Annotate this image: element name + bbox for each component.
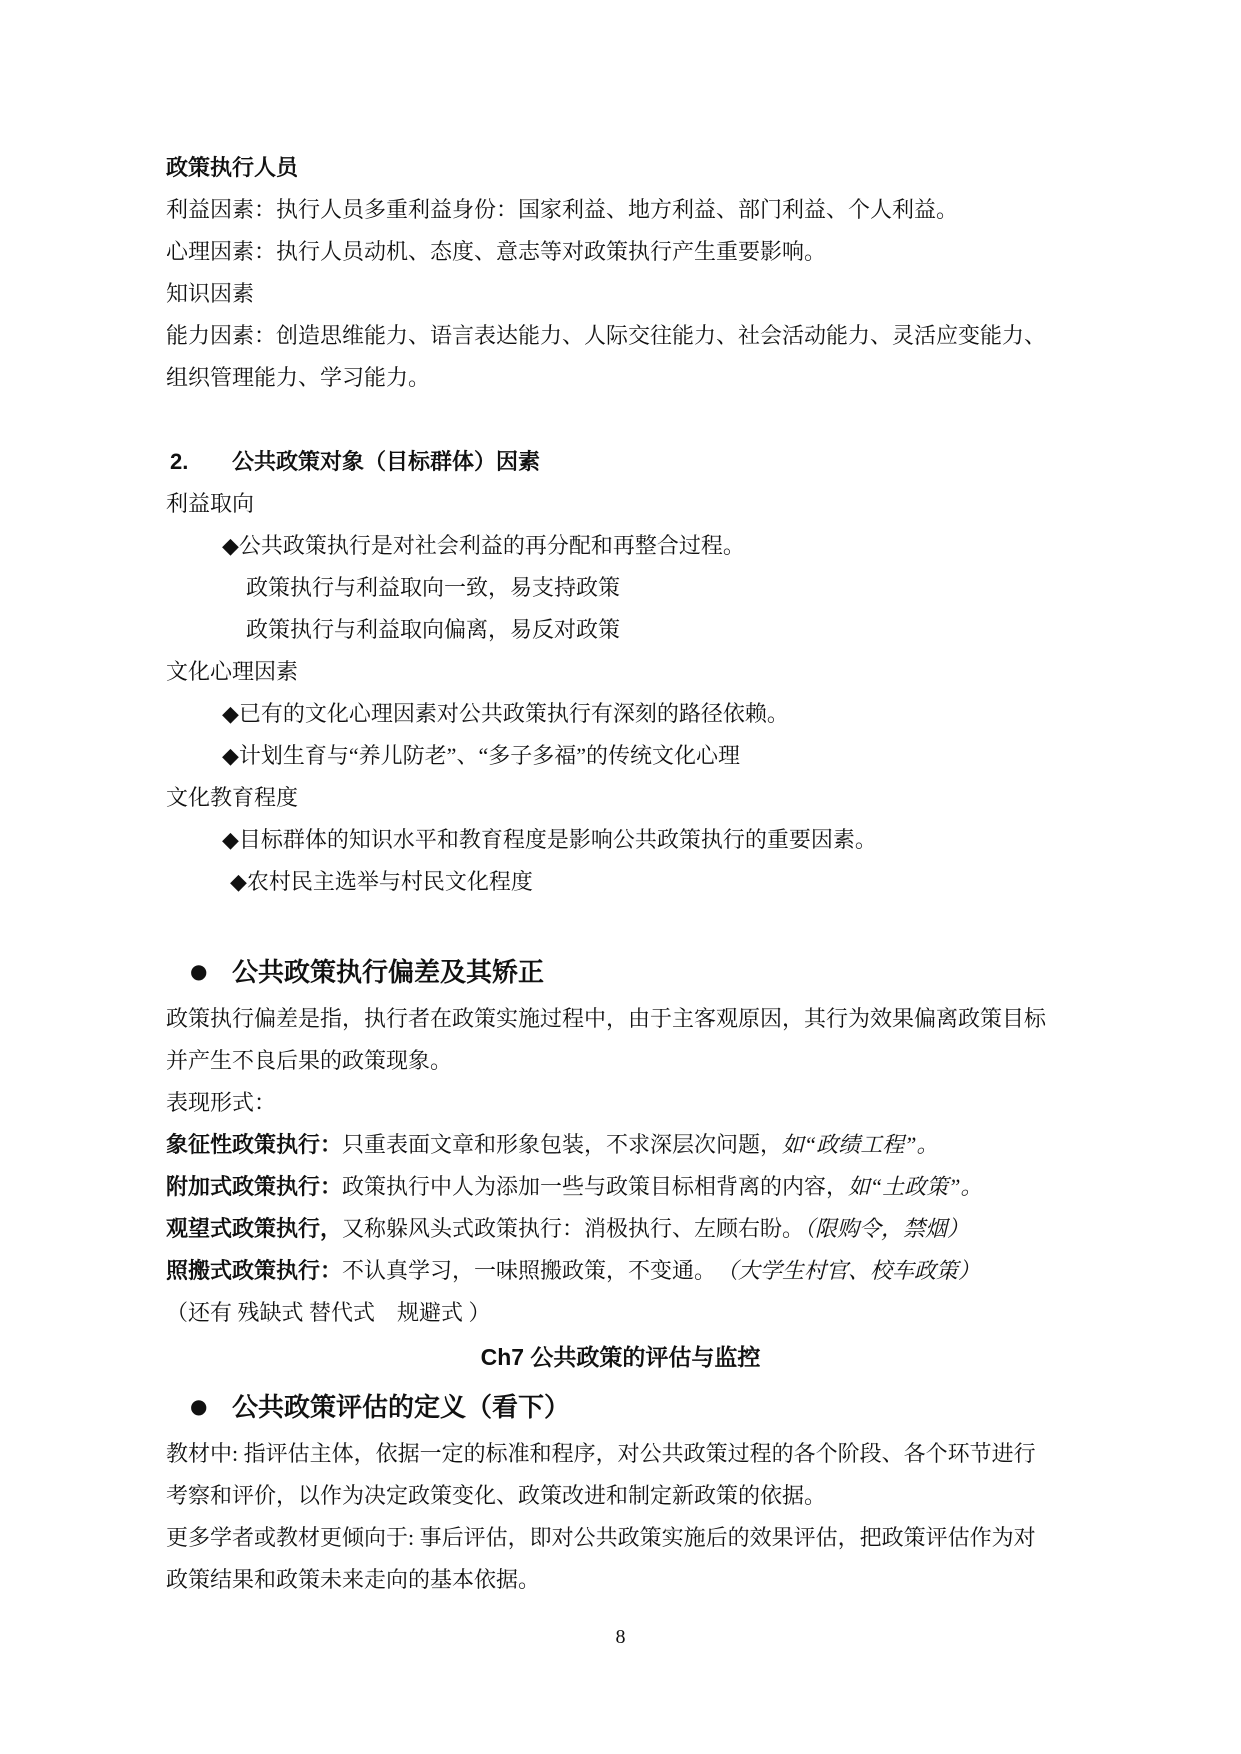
text-run: 公共政策执行偏差及其矫正 [232, 957, 544, 987]
chapter-heading-ch7: Ch7 公共政策的评估与监控 [166, 1334, 1075, 1380]
paragraph-line: 文化心理因素 [166, 651, 1075, 693]
section-heading-evaluation-definition: ●公共政策评估的定义（看下） [166, 1380, 1075, 1433]
paragraph-line: 知识因素 [166, 273, 1075, 315]
text-run: 知识因素 [166, 281, 254, 306]
text-run: ◆目标群体的知识水平和教育程度是影响公共政策执行的重要因素。 [222, 827, 877, 852]
text-run: 教材中: 指评估主体，依据一定的标准和程序，对公共政策过程的各个阶段、各个环节进… [166, 1441, 1036, 1466]
text-run: 文化心理因素 [166, 659, 298, 684]
paragraph-line: ◆农村民主选举与村民文化程度 [166, 861, 1075, 903]
text-run: 又称躲风头式政策执行：消极执行、左顾右盼。 [342, 1216, 804, 1241]
paragraph-line: 政策执行与利益取向偏离，易反对政策 [166, 609, 1075, 651]
text-run: 政策执行偏差是指，执行者在政策实施过程中，由于主客观原因，其行为效果偏离政策目标 [166, 1006, 1046, 1031]
text-run: 政策执行与利益取向偏离，易反对政策 [246, 617, 620, 642]
paragraph-line: 更多学者或教材更倾向于: 事后评估，即对公共政策实施后的效果评估，把政策评估作为… [166, 1517, 1075, 1559]
paragraph-line: 观望式政策执行，又称躲风头式政策执行：消极执行、左顾右盼。（限购令，禁烟） [166, 1208, 1075, 1250]
text-run: 公共政策对象（目标群体）因素 [232, 449, 540, 474]
blank-line [166, 399, 1075, 441]
text-run: 照搬式政策执行： [166, 1258, 342, 1283]
text-run: 政策结果和政策未来走向的基本依据。 [166, 1567, 540, 1592]
text-run: ◆公共政策执行是对社会利益的再分配和再整合过程。 [222, 533, 745, 558]
text-run: 政策执行中人为添加一些与政策目标相背离的内容， [342, 1174, 848, 1199]
text-run: 政策执行与利益取向一致，易支持政策 [246, 575, 620, 600]
paragraph-line: 利益取向 [166, 483, 1075, 525]
text-run: 心理因素：执行人员动机、态度、意志等对政策执行产生重要影响。 [166, 239, 826, 264]
section-heading-target-group: 2.公共政策对象（目标群体）因素 [166, 441, 1075, 483]
text-run: 如“政绩工程”。 [782, 1132, 938, 1157]
text-run: 利益因素：执行人员多重利益身份：国家利益、地方利益、部门利益、个人利益。 [166, 197, 958, 222]
text-run: 政策执行人员 [166, 155, 298, 180]
blank-line [166, 903, 1075, 945]
paragraph-line: 表现形式： [166, 1082, 1075, 1124]
text-run: 观望式政策执行， [166, 1216, 342, 1241]
paragraph-line: 象征性政策执行：只重表面文章和形象包装，不求深层次问题，如“政绩工程”。 [166, 1124, 1075, 1166]
text-run: ◆计划生育与“养儿防老”、“多子多福”的传统文化心理 [222, 743, 740, 768]
paragraph-line: ◆目标群体的知识水平和教育程度是影响公共政策执行的重要因素。 [166, 819, 1075, 861]
text-run: （还有 残缺式 替代式 规避式 ） [166, 1300, 491, 1325]
text-run: 不认真学习，一味照搬政策，不变通。 [342, 1258, 727, 1283]
paragraph-line: ◆计划生育与“养儿防老”、“多子多福”的传统文化心理 [166, 735, 1075, 777]
text-run: 考察和评价，以作为决定政策变化、政策改进和制定新政策的依据。 [166, 1483, 826, 1508]
paragraph-line: 政策结果和政策未来走向的基本依据。 [166, 1559, 1075, 1601]
text-run: 表现形式： [166, 1090, 276, 1115]
text-run: （限购令，禁烟） [804, 1216, 969, 1241]
document-page: 政策执行人员利益因素：执行人员多重利益身份：国家利益、地方利益、部门利益、个人利… [0, 0, 1241, 1754]
text-run: 利益取向 [166, 491, 254, 516]
text-run: ◆农村民主选举与村民文化程度 [230, 869, 533, 894]
paragraph-line: 并产生不良后果的政策现象。 [166, 1040, 1075, 1082]
paragraph-line: 利益因素：执行人员多重利益身份：国家利益、地方利益、部门利益、个人利益。 [166, 189, 1075, 231]
text-run: 象征性政策执行： [166, 1132, 342, 1157]
section-heading-policy-executors: 政策执行人员 [166, 147, 1075, 189]
text-run: 文化教育程度 [166, 785, 298, 810]
paragraph-line: 能力因素：创造思维能力、语言表达能力、人际交往能力、社会活动能力、灵活应变能力、 [166, 315, 1075, 357]
list-number: 2. [170, 441, 232, 483]
page-number: 8 [0, 1622, 1241, 1652]
paragraph-line: 附加式政策执行：政策执行中人为添加一些与政策目标相背离的内容，如“土政策”。 [166, 1166, 1075, 1208]
paragraph-line: ◆公共政策执行是对社会利益的再分配和再整合过程。 [166, 525, 1075, 567]
paragraph-line: 组织管理能力、学习能力。 [166, 357, 1075, 399]
paragraph-line: 心理因素：执行人员动机、态度、意志等对政策执行产生重要影响。 [166, 231, 1075, 273]
paragraph-line: 教材中: 指评估主体，依据一定的标准和程序，对公共政策过程的各个阶段、各个环节进… [166, 1433, 1075, 1475]
text-run: 并产生不良后果的政策现象。 [166, 1048, 452, 1073]
paragraph-line: 文化教育程度 [166, 777, 1075, 819]
paragraph-line: 政策执行与利益取向一致，易支持政策 [166, 567, 1075, 609]
paragraph-line: （还有 残缺式 替代式 规避式 ） [166, 1292, 1075, 1334]
paragraph-line: 照搬式政策执行：不认真学习，一味照搬政策，不变通。 （大学生村官、校车政策） [166, 1250, 1075, 1292]
text-run: 能力因素：创造思维能力、语言表达能力、人际交往能力、社会活动能力、灵活应变能力、 [166, 323, 1046, 348]
text-run: 如“土政策”。 [848, 1174, 982, 1199]
text-run: 附加式政策执行： [166, 1174, 342, 1199]
text-run: 只重表面文章和形象包装，不求深层次问题， [342, 1132, 782, 1157]
text-run: （大学生村官、校车政策） [727, 1258, 980, 1283]
paragraph-line: 政策执行偏差是指，执行者在政策实施过程中，由于主客观原因，其行为效果偏离政策目标 [166, 998, 1075, 1040]
section-heading-deviation: ●公共政策执行偏差及其矫正 [166, 945, 1075, 998]
paragraph-line: 考察和评价，以作为决定政策变化、政策改进和制定新政策的依据。 [166, 1475, 1075, 1517]
paragraph-line: ◆已有的文化心理因素对公共政策执行有深刻的路径依赖。 [166, 693, 1075, 735]
text-run: 更多学者或教材更倾向于: 事后评估，即对公共政策实施后的效果评估，把政策评估作为… [166, 1525, 1036, 1550]
text-run: 组织管理能力、学习能力。 [166, 365, 430, 390]
text-run: ◆已有的文化心理因素对公共政策执行有深刻的路径依赖。 [222, 701, 789, 726]
bullet-icon: ● [190, 945, 232, 997]
bullet-icon: ● [190, 1380, 232, 1432]
text-run: Ch7 公共政策的评估与监控 [481, 1344, 761, 1370]
text-run: 公共政策评估的定义（看下） [232, 1392, 570, 1422]
document-body: 政策执行人员利益因素：执行人员多重利益身份：国家利益、地方利益、部门利益、个人利… [166, 147, 1075, 1601]
